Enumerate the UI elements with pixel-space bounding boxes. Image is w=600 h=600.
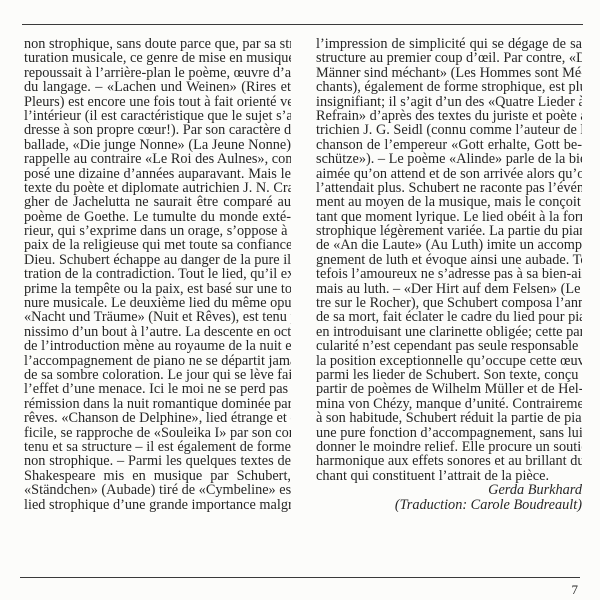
author-signature: Gerda Burkhard bbox=[316, 483, 582, 497]
text-line: chants), également de forme strophique, … bbox=[316, 80, 582, 94]
right-column: l’impression de simplicité qui se dégage… bbox=[316, 37, 582, 512]
text-line: une pure fonction d’accompagnement, sans… bbox=[316, 426, 582, 440]
text-line: gnement de luth et évoque ainsi une auba… bbox=[316, 253, 582, 267]
text-line: nissimo d’un bout à l’autre. La descente… bbox=[24, 325, 291, 339]
text-line: Pleurs) est encore une fois tout à fait … bbox=[24, 95, 291, 109]
text-line: prime la tempête ou la paix, est basé su… bbox=[24, 282, 291, 296]
text-line: aimée qu’on attend et de son arrivée alo… bbox=[316, 167, 582, 181]
text-line: non strophique, sans doute parce que, pa… bbox=[24, 37, 291, 51]
text-line: tant que moment lyrique. Le lied obéit à… bbox=[316, 210, 582, 224]
text-line: la position exceptionnelle qu’occupe cet… bbox=[316, 354, 582, 368]
text-line: dresse à son propre cœur!). Par son cara… bbox=[24, 123, 291, 137]
text-line: chant qui constituent l’attrait de la pi… bbox=[316, 469, 582, 483]
text-line: rappelle au contraire «Le Roi des Aulnes… bbox=[24, 152, 291, 166]
bottom-rule bbox=[20, 577, 580, 578]
text-line: l’impression de simplicité qui se dégage… bbox=[316, 37, 582, 51]
left-column: non strophique, sans doute parce que, pa… bbox=[24, 37, 291, 512]
text-line: lied strophique d’une grande importance … bbox=[24, 498, 291, 512]
text-line: ballade, «Die junge Nonne» (La Jeune Non… bbox=[24, 138, 291, 152]
text-line: ment au moyen de la musique, mais le con… bbox=[316, 195, 582, 209]
text-line: texte du poète et diplomate autrichien J… bbox=[24, 181, 291, 195]
text-line: rêves. «Chanson de Delphine», lied étran… bbox=[24, 411, 291, 425]
text-line: ficile, se rapproche de «Souleika I» par… bbox=[24, 426, 291, 440]
text-line: de sa mort, fait éclater le cadre du lie… bbox=[316, 310, 582, 324]
text-line: Dieu. Schubert échappe au danger de la p… bbox=[24, 253, 291, 267]
text-line: de sa sombre coloration. Le jour qui se … bbox=[24, 368, 291, 382]
text-line: l’intérieur (il est caractéristique que … bbox=[24, 109, 291, 123]
text-line: rieur, qui s’exprime dans un orage, s’op… bbox=[24, 224, 291, 238]
top-rule bbox=[22, 24, 583, 25]
text-line: non strophique. – Parmi les quelques tex… bbox=[24, 454, 291, 468]
text-line: de «An die Laute» (Au Luth) imite un acc… bbox=[316, 238, 582, 252]
text-line: Refrain» d’après des textes du juriste e… bbox=[316, 109, 582, 123]
text-line: posé une dizaine d’années auparavant. Ma… bbox=[24, 167, 291, 181]
text-line: schütze»). – Le poème «Alinde» parle de … bbox=[316, 152, 582, 166]
text-line: strophique légèrement variée. La partie … bbox=[316, 224, 582, 238]
text-line: turation musicale, ce genre de mise en m… bbox=[24, 51, 291, 65]
text-line: harmonique aux effets sonores et au bril… bbox=[316, 454, 582, 468]
text-line: partir de poèmes de Wilhelm Müller et de… bbox=[316, 382, 582, 396]
text-line: l’effet d’une menace. Ici le moi ne se p… bbox=[24, 382, 291, 396]
text-line: donner le moindre relief. Elle procure u… bbox=[316, 440, 582, 454]
text-line: gher de Jachelutta ne saurait être compa… bbox=[24, 195, 291, 209]
text-line: structure au premier coup d’œil. Par con… bbox=[316, 51, 582, 65]
text-line: rémission dans la nuit romantique dominé… bbox=[24, 397, 291, 411]
text-line: de l’introduction mène au royaume de la … bbox=[24, 339, 291, 353]
text-line: trichien J. G. Seidl (connu comme l’aute… bbox=[316, 123, 582, 137]
text-line: nure musicale. Le deuxième lied du même … bbox=[24, 296, 291, 310]
text-line: Shakespeare mis en musique par Schubert, bbox=[24, 469, 291, 483]
translation-credit: (Traduction: Carole Boudreault) bbox=[316, 498, 582, 512]
text-line: paix de la religieuse qui met toute sa c… bbox=[24, 238, 291, 252]
text-line: l’attendait plus. Schubert ne raconte pa… bbox=[316, 181, 582, 195]
text-line: tenu et sa structure – il est également … bbox=[24, 440, 291, 454]
text-line: parmi les lieder de Schubert. Son texte,… bbox=[316, 368, 582, 382]
text-line: poème de Goethe. Le tumulte du monde ext… bbox=[24, 210, 291, 224]
text-line: insignifiant; il s’agit d’un des «Quatre… bbox=[316, 95, 582, 109]
text-line: «Nacht und Träume» (Nuit et Rêves), est … bbox=[24, 310, 291, 324]
text-line: du langage. – «Lachen und Weinen» (Rires… bbox=[24, 80, 291, 94]
text-line: mais au luth. – «Der Hirt auf dem Felsen… bbox=[316, 282, 582, 296]
text-line: «Ständchen» (Aubade) tiré de «Cymbeline»… bbox=[24, 483, 291, 497]
text-line: chanson de l’empereur «Gott erhalte, Got… bbox=[316, 138, 582, 152]
text-line: tre sur le Rocher), que Schubert composa… bbox=[316, 296, 582, 310]
text-line: en introduisant une clarinette obligée; … bbox=[316, 325, 582, 339]
text-line: tefois l’amoureux ne s’adresse pas à sa … bbox=[316, 267, 582, 281]
text-line: l’accompagnement de piano ne se départit… bbox=[24, 354, 291, 368]
text-line: tration de la contradiction. Tout le lie… bbox=[24, 267, 291, 281]
text-line: mina von Chézy, manque d’unité. Contrair… bbox=[316, 397, 582, 411]
text-line: Männer sind méchant» (Les Hommes sont Mé… bbox=[316, 66, 582, 80]
text-line: cularité n’est cependant pas seule respo… bbox=[316, 339, 582, 353]
text-line: à son habitude, Schubert réduit la parti… bbox=[316, 411, 582, 425]
page-number: 7 bbox=[572, 582, 579, 598]
text-line: repoussait à l’arrière-plan le poème, œu… bbox=[24, 66, 291, 80]
